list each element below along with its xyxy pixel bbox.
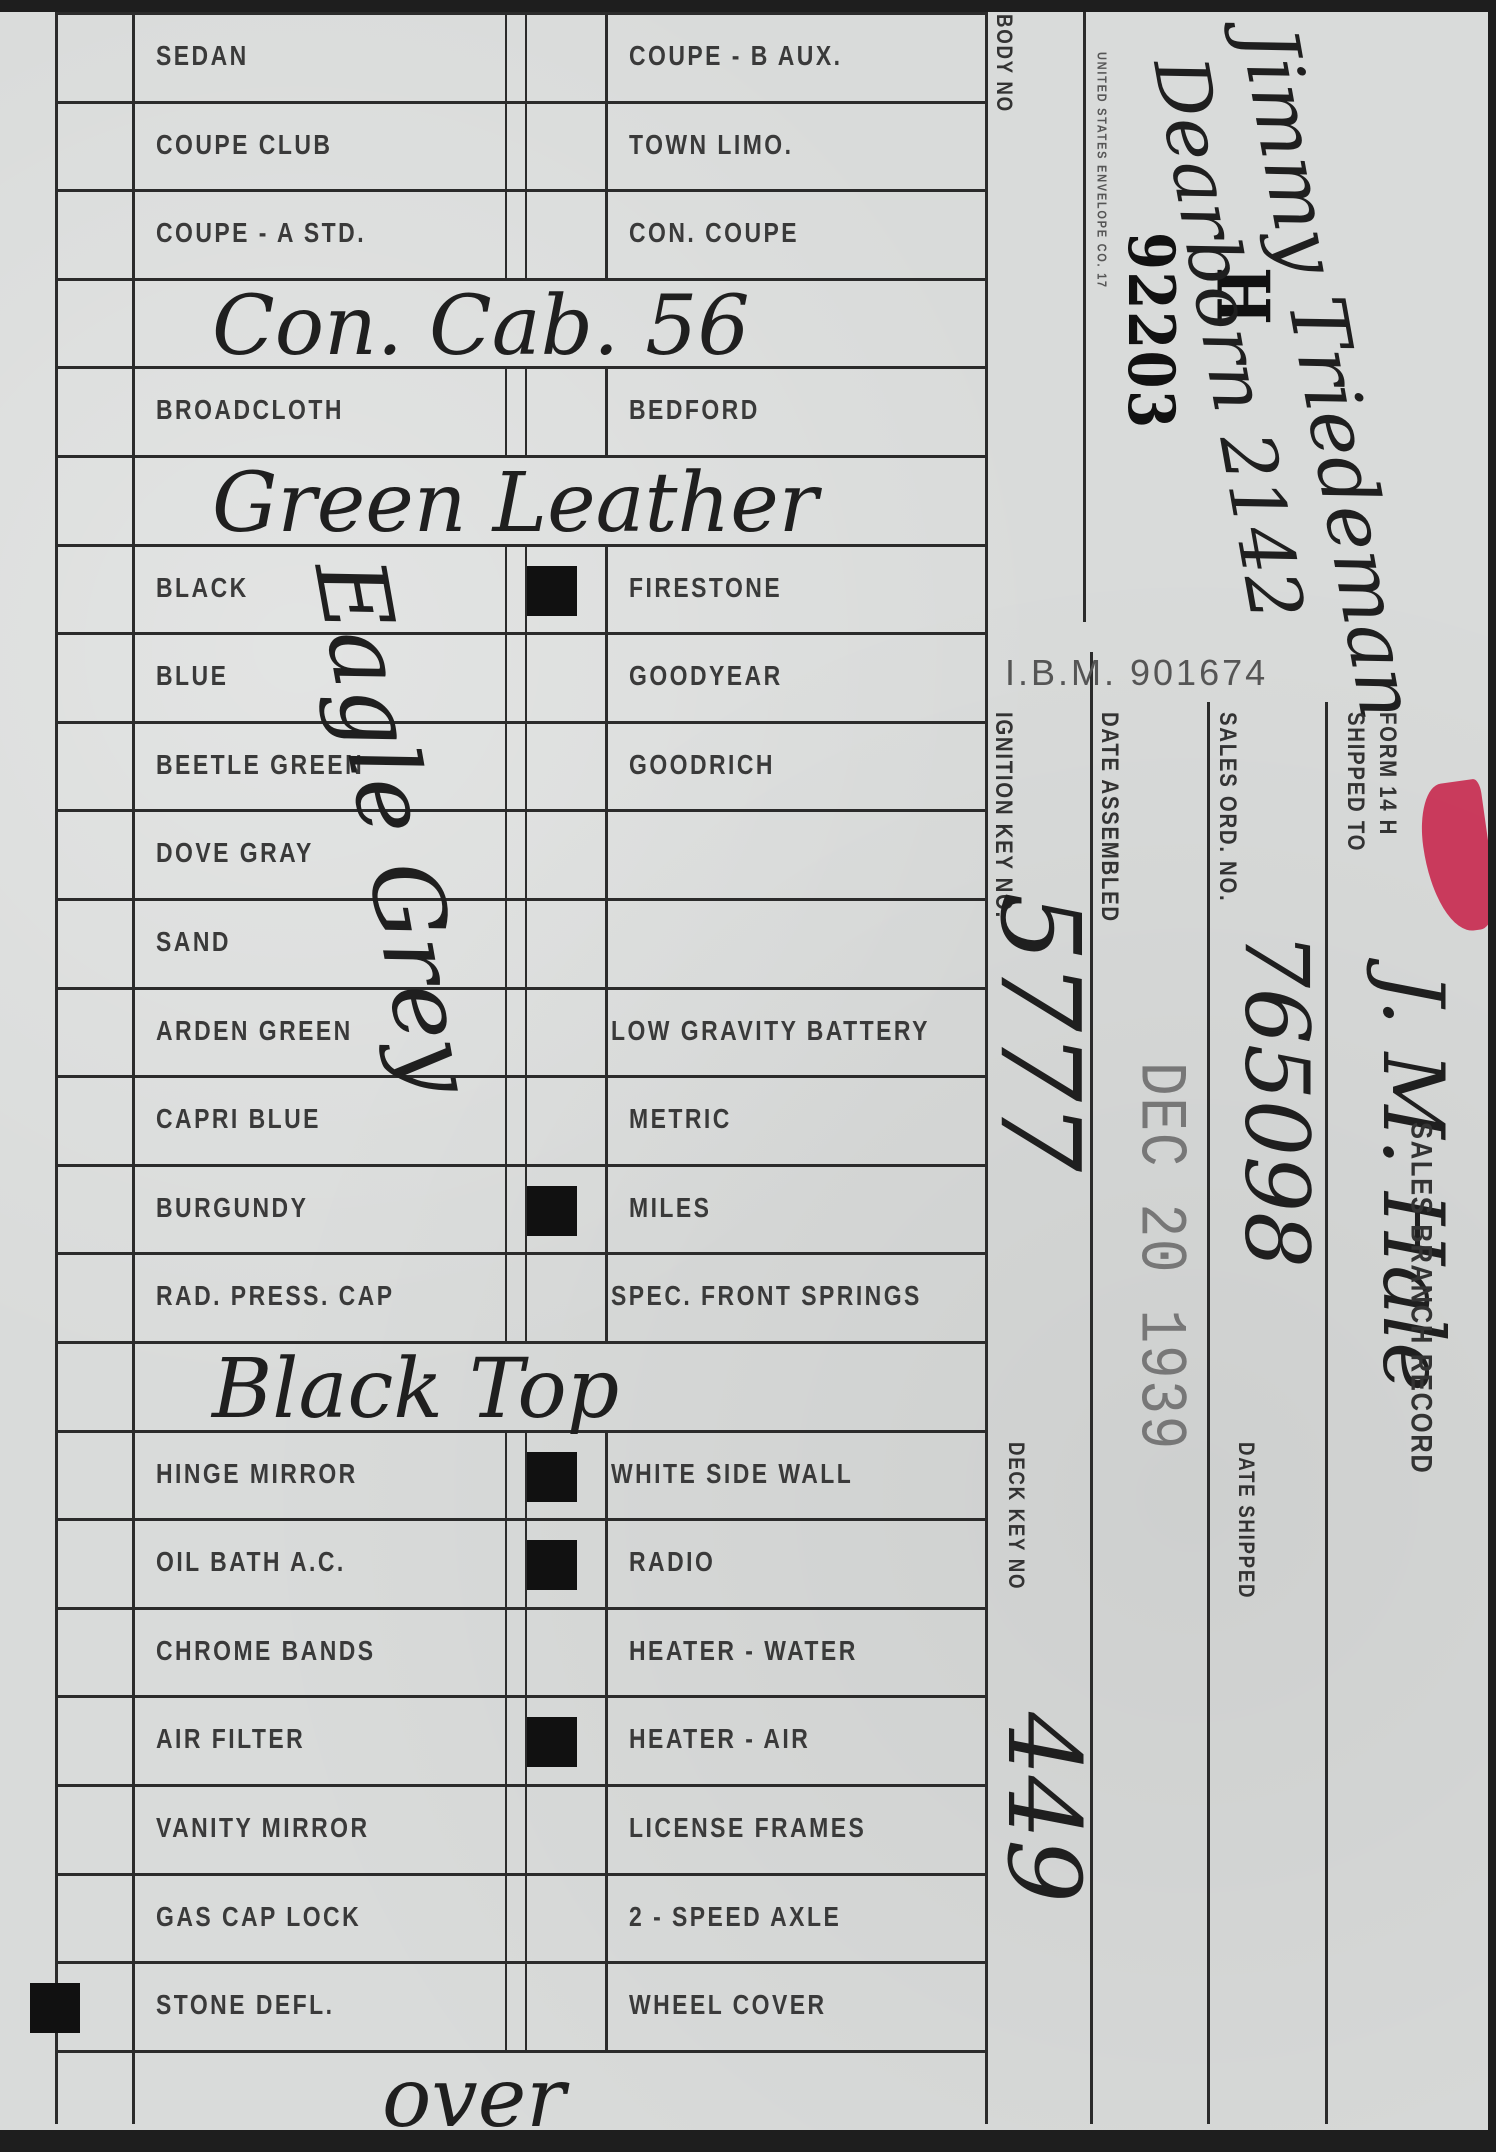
grid-line — [505, 12, 507, 101]
grid-line — [605, 1695, 608, 1784]
grid-line — [55, 12, 985, 15]
grid-line — [505, 987, 507, 1076]
grid-line — [605, 1430, 608, 1519]
option-label: CON. COUPE — [629, 219, 799, 247]
grid-line — [525, 898, 527, 987]
handwritten-note: Black Top — [212, 1349, 619, 1431]
grid-line — [525, 12, 527, 101]
option-label: COUPE - B AUX. — [629, 42, 842, 70]
option-label: CHROME BANDS — [156, 1637, 376, 1665]
grid-line — [505, 1252, 507, 1341]
grid-line — [505, 632, 507, 721]
grid-line — [605, 1961, 608, 2050]
grid-line — [605, 366, 608, 455]
grid-line — [525, 189, 527, 278]
grid-line — [505, 366, 507, 455]
grid-line — [525, 721, 527, 810]
option-label: WHITE SIDE WALL — [611, 1460, 853, 1488]
ignition-key-value: 5777 — [985, 892, 1095, 1172]
form-title: SALES BRANCH RECORD — [1405, 1122, 1437, 1474]
grid-line — [505, 721, 507, 810]
option-label: SEDAN — [156, 42, 249, 70]
option-label: FIRESTONE — [629, 574, 782, 602]
option-label: STONE DEFL. — [156, 1991, 334, 2019]
body-no-label: BODY NO — [993, 14, 1016, 113]
grid-line — [605, 1252, 608, 1341]
handwritten-note: over — [382, 2058, 565, 2132]
option-label: BLACK — [156, 574, 249, 602]
shipped-to-label: SHIPPED TO — [1343, 712, 1368, 852]
grid-line — [605, 987, 608, 1076]
grid-line — [605, 1784, 608, 1873]
grid-line — [605, 721, 608, 810]
option-label: HEATER - WATER — [629, 1637, 858, 1665]
grid-line — [605, 1518, 608, 1607]
grid-line — [605, 809, 608, 898]
grid-line — [525, 1607, 527, 1696]
form-number: FORM 14 H — [1375, 712, 1400, 836]
option-label: BEDFORD — [629, 396, 760, 424]
option-label: AIR FILTER — [156, 1725, 305, 1753]
deck-key-value: 449 — [993, 1712, 1093, 1903]
record-fields: BODY NO UNITED STATES ENVELOPE CO. 17 92… — [985, 12, 1490, 2124]
card-bottom-edge — [0, 2130, 1496, 2152]
grid-line — [525, 1873, 527, 1962]
option-label: SAND — [156, 928, 231, 956]
option-label: 2 - SPEED AXLE — [629, 1903, 841, 1931]
date-shipped-label: DATE SHIPPED — [1235, 1442, 1258, 1599]
grid-line — [505, 1518, 507, 1607]
divider — [1325, 702, 1328, 2124]
grid-line — [505, 1961, 507, 2050]
grid-line — [525, 632, 527, 721]
option-label: SPEC. FRONT SPRINGS — [611, 1282, 922, 1310]
option-label: LICENSE FRAMES — [629, 1814, 866, 1842]
handwritten-note: Green Leather — [212, 463, 818, 545]
grid-line — [605, 1607, 608, 1696]
ibm-number: I.B.M. 901674 — [1005, 652, 1268, 694]
grid-line — [525, 1784, 527, 1873]
grid-line — [525, 1075, 527, 1164]
option-label: LOW GRAVITY BATTERY — [611, 1017, 930, 1045]
grid-line — [605, 898, 608, 987]
option-label: RADIO — [629, 1548, 715, 1576]
checkbox-checked[interactable] — [527, 1186, 577, 1236]
option-label: METRIC — [629, 1105, 732, 1133]
divider — [1090, 652, 1093, 2124]
options-grid: SEDANCOUPE - B AUX.COUPE CLUBTOWN LIMO.C… — [55, 12, 985, 2124]
sales-order-value: 765098 — [1232, 932, 1320, 1268]
grid-line — [505, 1784, 507, 1873]
option-label: BROADCLOTH — [156, 396, 344, 424]
checkbox-checked[interactable] — [527, 566, 577, 616]
grid-line — [505, 898, 507, 987]
option-label: GAS CAP LOCK — [156, 1903, 361, 1931]
grid-line — [505, 1873, 507, 1962]
grid-line — [605, 632, 608, 721]
date-assembled-value: DEC 20 1939 — [1125, 1062, 1194, 1451]
option-label: CAPRI BLUE — [156, 1105, 321, 1133]
option-label: BLUE — [156, 662, 228, 690]
checkbox-checked[interactable] — [30, 1983, 80, 2033]
grid-line — [605, 1873, 608, 1962]
grid-line — [505, 1164, 507, 1253]
option-label: WHEEL COVER — [629, 1991, 827, 2019]
grid-line — [505, 809, 507, 898]
grid-line — [605, 12, 608, 101]
grid-line — [605, 544, 608, 633]
option-label: HINGE MIRROR — [156, 1460, 358, 1488]
option-label: MILES — [629, 1194, 711, 1222]
sales-branch-record-card: SEDANCOUPE - B AUX.COUPE CLUBTOWN LIMO.C… — [0, 12, 1490, 2132]
option-label: GOODRICH — [629, 751, 775, 779]
checkbox-checked[interactable] — [527, 1717, 577, 1767]
grid-line — [525, 1252, 527, 1341]
grid-line — [505, 1695, 507, 1784]
option-label: COUPE CLUB — [156, 131, 332, 159]
grid-line — [505, 189, 507, 278]
option-label: COUPE - A STD. — [156, 219, 366, 247]
grid-line — [605, 101, 608, 190]
option-label: ARDEN GREEN — [156, 1017, 353, 1045]
ignition-key-label: IGNITION KEY NO. — [991, 712, 1016, 919]
card-right-edge — [1488, 0, 1496, 2152]
grid-line — [505, 101, 507, 190]
grid-line — [505, 544, 507, 633]
printer-imprint: UNITED STATES ENVELOPE CO. 17 — [1095, 52, 1109, 289]
option-label: HEATER - AIR — [629, 1725, 810, 1753]
option-label: BURGUNDY — [156, 1194, 308, 1222]
grid-line — [505, 1430, 507, 1519]
divider — [1207, 702, 1210, 2124]
option-label: TOWN LIMO. — [629, 131, 793, 159]
grid-line — [525, 366, 527, 455]
checkbox-checked[interactable] — [527, 1540, 577, 1590]
grid-line — [605, 1164, 608, 1253]
grid-line — [525, 1961, 527, 2050]
checkbox-checked[interactable] — [527, 1452, 577, 1502]
grid-line — [605, 189, 608, 278]
grid-line — [505, 1607, 507, 1696]
divider — [1083, 12, 1086, 622]
grid-line — [525, 101, 527, 190]
sales-order-label: SALES ORD. NO. — [1215, 712, 1240, 902]
option-label: OIL BATH A.C. — [156, 1548, 346, 1576]
grid-line — [525, 987, 527, 1076]
option-label: RAD. PRESS. CAP — [156, 1282, 394, 1310]
grid-line — [505, 1075, 507, 1164]
option-label: DOVE GRAY — [156, 839, 314, 867]
option-label: VANITY MIRROR — [156, 1814, 370, 1842]
grid-line — [525, 809, 527, 898]
option-label: GOODYEAR — [629, 662, 783, 690]
deck-key-label: DECK KEY NO — [1005, 1442, 1028, 1590]
handwritten-note: Con. Cab. 56 — [212, 286, 750, 368]
grid-line — [605, 1075, 608, 1164]
